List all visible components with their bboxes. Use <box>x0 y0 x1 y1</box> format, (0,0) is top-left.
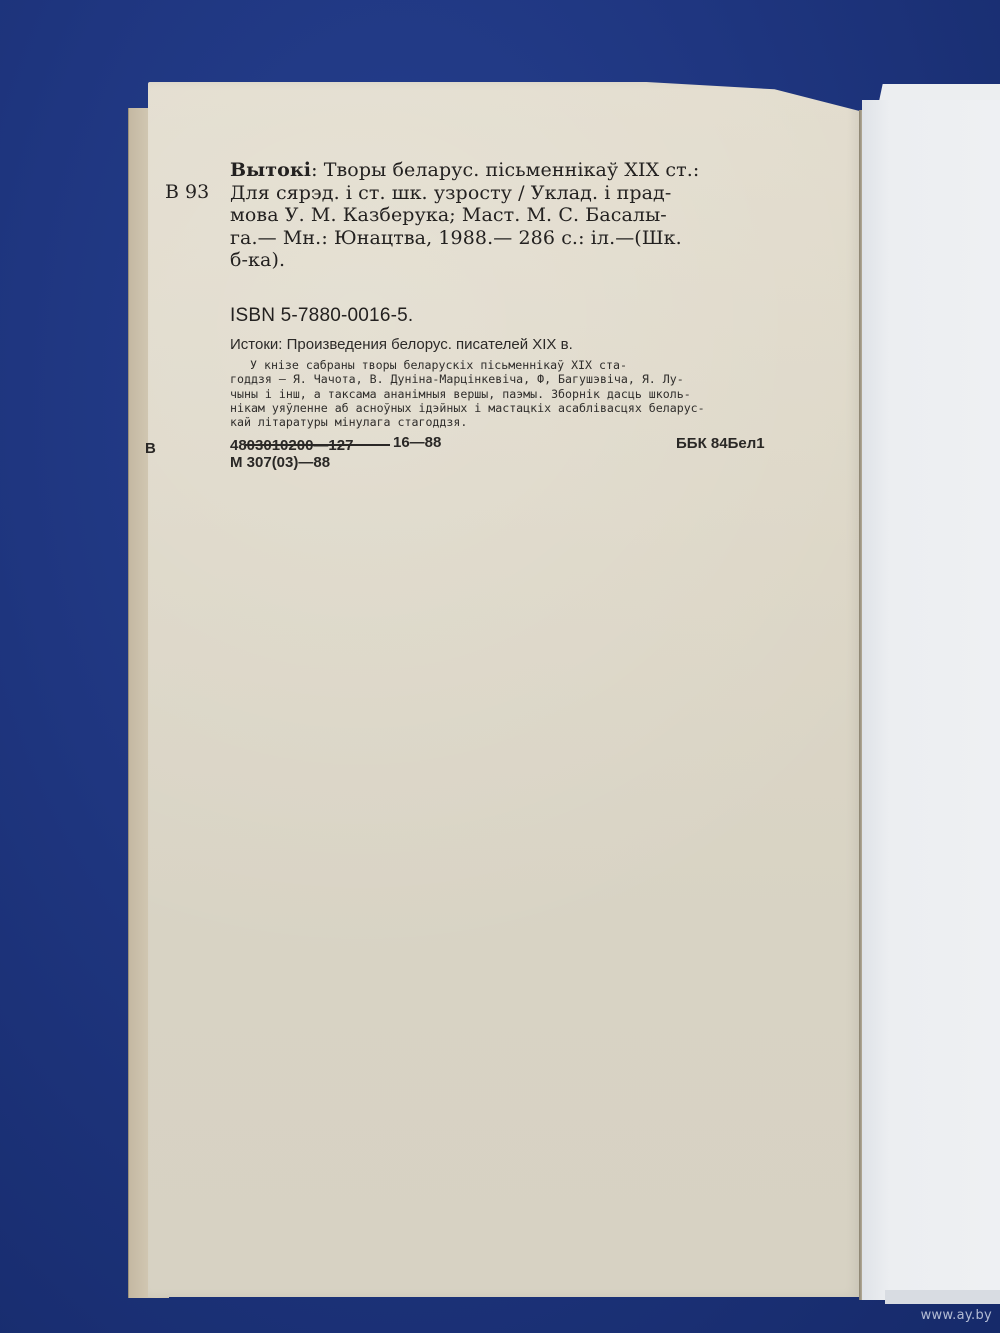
catalog-line-1: Вытокі: Творы беларус. пісьменнікаў XIX … <box>230 159 790 182</box>
fraction-rule <box>245 444 390 446</box>
russian-title: Истоки: Произведения белорус. писателей … <box>230 336 573 353</box>
publication-code-denominator: М 307(03)—88 <box>230 454 330 471</box>
annotation-line: кай літаратуры мінулага стагоддзя. <box>230 415 785 429</box>
annotation-line: нікам уяўленне аб асноўных ідэйных і мас… <box>230 401 785 415</box>
publication-code-prefix: В <box>145 440 156 457</box>
class-code: В 93 <box>165 181 209 204</box>
annotation-line: У кнізе сабраны творы беларускіх пісьмен… <box>230 358 785 372</box>
right-page <box>862 100 1000 1300</box>
book-spine-fold <box>859 110 862 1300</box>
book-title: Вытокі <box>230 159 311 181</box>
photo-scene: В 93 Вытокі: Творы беларус. пісьменнікаў… <box>0 0 1000 1333</box>
catalog-line-3: мова У. М. Казберука; Маст. М. С. Басалы… <box>230 204 790 227</box>
bbk-classification: ББК 84Бел1 <box>676 435 765 452</box>
watermark: www.ay.by <box>921 1308 992 1323</box>
isbn: ISBN 5-7880-0016-5. <box>230 305 413 327</box>
catalog-line-4: га.— Мн.: Юнацтва, 1988.— 286 с.: іл.—(Ш… <box>230 227 790 250</box>
catalog-card: В 93 Вытокі: Творы беларус. пісьменнікаў… <box>230 159 790 272</box>
annotation-line: годдзя — Я. Чачота, В. Дуніна-Марцінкеві… <box>230 372 785 386</box>
right-page-bottom-flap <box>885 1290 1000 1304</box>
annotation: У кнізе сабраны творы беларускіх пісьмен… <box>230 358 785 429</box>
catalog-line-1-text: : Творы беларус. пісьменнікаў XIX ст.: <box>311 159 699 181</box>
catalog-line-5: б-ка). <box>230 249 790 272</box>
annotation-line: чыны і інш, а таксама ананімныя вершы, п… <box>230 387 785 401</box>
publication-code-suffix: 16—88 <box>393 434 441 451</box>
catalog-line-2: Для сярэд. і ст. шк. узросту / Уклад. і … <box>230 182 790 205</box>
